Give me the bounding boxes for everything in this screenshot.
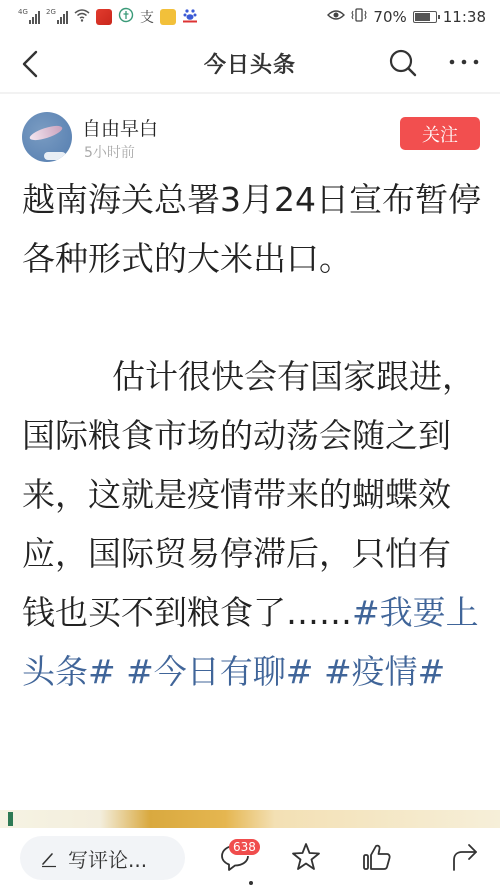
app-notification-icon bbox=[118, 7, 134, 27]
star-icon[interactable] bbox=[289, 840, 323, 874]
status-right: 70% 11:38 bbox=[327, 7, 486, 27]
article-image-preview[interactable] bbox=[0, 810, 500, 828]
author-name[interactable]: 自由早白 bbox=[82, 114, 158, 141]
status-bar: 4G 2G 支 70% 11:38 bbox=[0, 0, 500, 34]
pen-icon bbox=[40, 849, 58, 867]
author-row: 自由早白 5小时前 关注 bbox=[0, 108, 500, 168]
indicator-dot bbox=[249, 881, 253, 885]
page-title: 今日头条 bbox=[0, 48, 500, 79]
battery-percent: 70% bbox=[373, 8, 406, 26]
comment-count-badge: 638 bbox=[229, 839, 260, 855]
wifi-icon bbox=[74, 8, 90, 26]
app-notification-icon bbox=[96, 9, 112, 25]
post-time: 5小时前 bbox=[84, 142, 135, 162]
thumbs-up-icon[interactable] bbox=[360, 840, 394, 874]
comment-placeholder: 写评论... bbox=[68, 844, 147, 873]
network-label-1: 4G bbox=[18, 8, 28, 16]
app-notification-icon bbox=[160, 9, 176, 25]
signal-2g-icon: 2G bbox=[46, 10, 68, 24]
comment-input[interactable]: 写评论... bbox=[20, 836, 185, 880]
article-paragraph-2: 估计很快会有国家跟进，国际粮食市场的动荡会随之到来，这就是疫情带来的蝴蝶效应，国… bbox=[22, 347, 482, 701]
baidu-icon bbox=[182, 7, 198, 27]
feather-image bbox=[28, 123, 63, 143]
share-icon[interactable] bbox=[448, 840, 482, 874]
article-body: 越南海关总署3月24日宣布暂停各种形式的大米出口。 估计很快会有国家跟进，国际粮… bbox=[22, 170, 482, 701]
article-paragraph-1: 越南海关总署3月24日宣布暂停各种形式的大米出口。 bbox=[22, 170, 482, 288]
clock: 11:38 bbox=[443, 8, 486, 26]
bottom-action-bar: 写评论... 638 bbox=[0, 828, 500, 888]
alipay-icon: 支 bbox=[140, 7, 154, 27]
status-left: 4G 2G 支 bbox=[18, 7, 198, 27]
battery-icon bbox=[413, 11, 437, 23]
network-label-2: 2G bbox=[46, 8, 56, 16]
signal-4g-icon: 4G bbox=[18, 10, 40, 24]
avatar[interactable] bbox=[22, 112, 72, 162]
cloud-image bbox=[44, 152, 66, 160]
more-horizontal-icon[interactable] bbox=[448, 52, 480, 72]
nav-bar: 今日头条 bbox=[0, 34, 500, 94]
hashtag-link[interactable]: #疫情# bbox=[324, 652, 445, 691]
hashtag-link[interactable]: #今日有聊# bbox=[126, 652, 313, 691]
vibrate-icon bbox=[351, 7, 367, 27]
eye-comfort-icon bbox=[327, 9, 345, 25]
search-icon[interactable] bbox=[388, 48, 418, 78]
article-paragraph-2-text: 估计很快会有国家跟进，国际粮食市场的动荡会随之到来，这就是疫情带来的蝴蝶效应，国… bbox=[22, 357, 475, 632]
follow-button[interactable]: 关注 bbox=[400, 117, 480, 150]
